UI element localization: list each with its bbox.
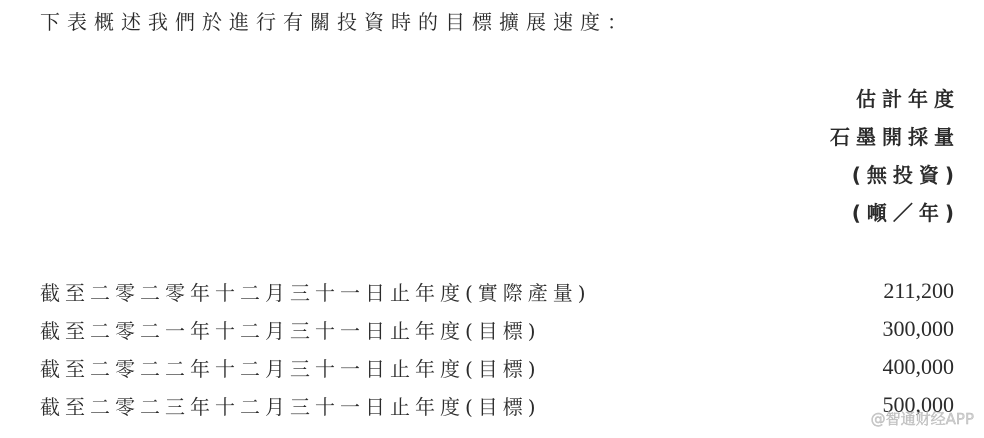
watermark: @智通财经APP <box>871 408 974 429</box>
column-header-estimated-graphite-output: 估計年度 石墨開採量 (無投資) (噸／年) <box>830 80 954 232</box>
row-label: 截至二零二二年十二月三十一日止年度(目標) <box>40 353 541 382</box>
expansion-table: 截至二零二零年十二月三十一日止年度(實際產量) 211,200 截至二零二一年十… <box>40 272 954 424</box>
table-row: 截至二零二三年十二月三十一日止年度(目標) 500,000 <box>40 386 954 424</box>
table-row: 截至二零二一年十二月三十一日止年度(目標) 300,000 <box>40 310 954 348</box>
column-header-line: 石墨開採量 <box>830 118 960 156</box>
row-label: 截至二零二零年十二月三十一日止年度(實際產量) <box>40 277 591 306</box>
column-header-line: (噸／年) <box>830 194 960 232</box>
row-label: 截至二零二一年十二月三十一日止年度(目標) <box>40 315 541 344</box>
row-value: 300,000 <box>883 316 955 342</box>
table-row: 截至二零二零年十二月三十一日止年度(實際產量) 211,200 <box>40 272 954 310</box>
row-label: 截至二零二三年十二月三十一日止年度(目標) <box>40 391 541 420</box>
column-header-line: (無投資) <box>830 156 960 194</box>
row-value: 211,200 <box>883 278 954 304</box>
table-row: 截至二零二二年十二月三十一日止年度(目標) 400,000 <box>40 348 954 386</box>
intro-paragraph: 下表概述我們於進行有關投資時的目標擴展速度： <box>40 6 634 38</box>
column-header-line: 估計年度 <box>830 80 960 118</box>
row-value: 400,000 <box>883 354 955 380</box>
